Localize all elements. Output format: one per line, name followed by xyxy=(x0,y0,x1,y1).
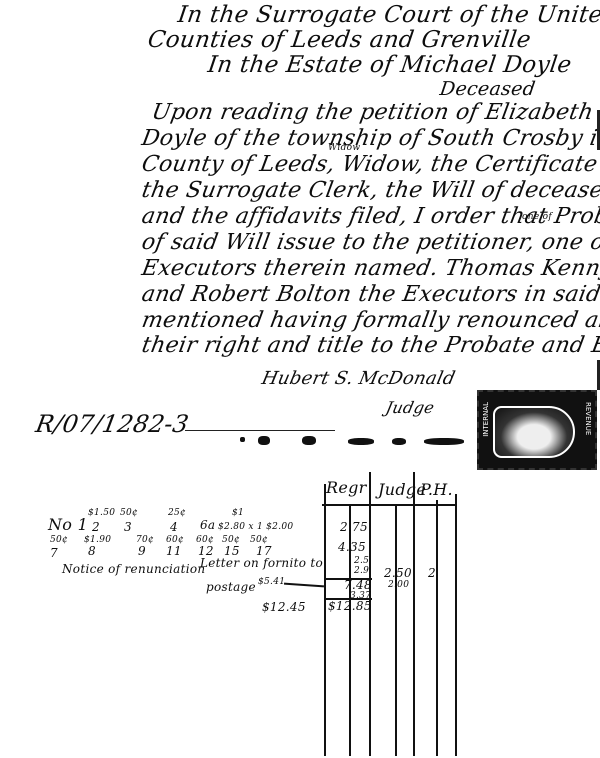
body-line-1: Upon reading the petition of Elizabeth xyxy=(150,100,595,125)
ledger-header-ph: P.H. xyxy=(420,480,453,499)
fee-item-top: 25¢ xyxy=(168,508,186,518)
fee-item-top: $1.50 xyxy=(88,508,115,518)
stamp-text-left: INTERNAL xyxy=(482,402,490,437)
scanned-document-page: In the Surrogate Court of the United Cou… xyxy=(0,0,600,758)
ledger-judge-value: 2.50 xyxy=(384,566,412,580)
ledger-regr-value: 2.9 xyxy=(354,566,369,576)
reference-code: R/07/1282-3 xyxy=(34,410,191,438)
fee-item-num: 11 xyxy=(166,544,182,558)
judge-title: Judge xyxy=(384,398,436,417)
ledger-regr-value: 2.5 xyxy=(354,556,369,566)
body-line-3: County of Leeds, Widow, the Certificate … xyxy=(140,152,600,177)
ink-blot xyxy=(348,438,374,445)
body-line-7: Executors therein named. Thomas Kenny xyxy=(140,256,600,281)
ledger-judge-value: 2.00 xyxy=(388,580,409,590)
ledger-column-rule xyxy=(455,494,457,756)
stamp-text-right: REVENUE xyxy=(584,402,592,435)
ledger-column-rule xyxy=(436,500,438,756)
fee-row1-label: No 1 xyxy=(48,515,88,534)
body-line-6: of said Will issue to the petitioner, on… xyxy=(140,230,600,255)
body-line-2: Doyle of the township of South Crosby in… xyxy=(140,126,600,151)
deceased-label: Deceased xyxy=(438,78,536,100)
ledger-header-judge: Judge xyxy=(378,480,426,499)
interlineation-one-of: one of xyxy=(522,212,552,222)
separator-line xyxy=(185,430,335,431)
fee-item-num: 2 xyxy=(92,520,100,534)
ink-blot xyxy=(392,438,406,445)
fee-item-num: 6a xyxy=(200,518,215,532)
ledger-column-rule xyxy=(413,472,415,756)
fee-item-num: 9 xyxy=(138,544,146,558)
ledger-regr-value: 7.48 xyxy=(344,578,372,592)
fee-row2-label: 7 xyxy=(50,546,58,560)
ink-blot xyxy=(240,437,245,442)
postage-value: $5.41 xyxy=(258,577,285,587)
fee-row1-note: $2.80 x 1 $2.00 xyxy=(218,522,293,532)
body-line-9: mentioned having formally renounced all xyxy=(140,308,600,333)
fee-item-num: 3 xyxy=(124,520,132,534)
ledger-regr-value: 2.75 xyxy=(340,520,368,534)
fee-row2-label-top: 50¢ xyxy=(50,535,68,545)
fee-item-num: 4 xyxy=(170,520,178,534)
ledger-column-rule xyxy=(324,484,326,756)
ledger-regr-total: $12.85 xyxy=(328,599,372,613)
ledger-column-rule xyxy=(395,504,397,756)
body-line-10: their right and title to the Probate and… xyxy=(140,333,600,358)
body-line-4: the Surrogate Clerk, the Will of decease… xyxy=(140,178,600,203)
postage-label: postage xyxy=(206,580,256,594)
ledger-header-regr: Regr xyxy=(326,478,367,497)
revenue-stamp: INTERNAL REVENUE xyxy=(477,390,597,470)
ink-blot xyxy=(424,438,464,445)
fee-item-top: $1 xyxy=(232,508,244,518)
judge-signature: Hubert S. McDonald xyxy=(260,368,457,389)
ink-blot xyxy=(302,436,316,445)
fee-item-num: 8 xyxy=(88,544,96,558)
fee-total: $12.45 xyxy=(262,600,306,614)
postage-leader-line xyxy=(284,583,324,587)
court-heading-line-2: Counties of Leeds and Grenville xyxy=(146,27,532,53)
stamp-portrait xyxy=(493,406,575,458)
ledger-column-rule xyxy=(369,472,371,756)
ink-blot xyxy=(258,436,270,445)
ledger-ph-value: 2 xyxy=(428,566,436,580)
letter-note: Letter on fornito to xyxy=(200,556,323,570)
ledger-regr-value: 4.35 xyxy=(338,540,366,554)
body-line-8: and Robert Bolton the Executors in said … xyxy=(140,282,600,307)
estate-heading: In the Estate of Michael Doyle xyxy=(206,52,573,78)
court-heading-line-1: In the Surrogate Court of the United xyxy=(176,2,600,28)
notice-of-renunciation: Notice of renunciation xyxy=(62,562,205,576)
fee-item-top: 50¢ xyxy=(120,508,138,518)
